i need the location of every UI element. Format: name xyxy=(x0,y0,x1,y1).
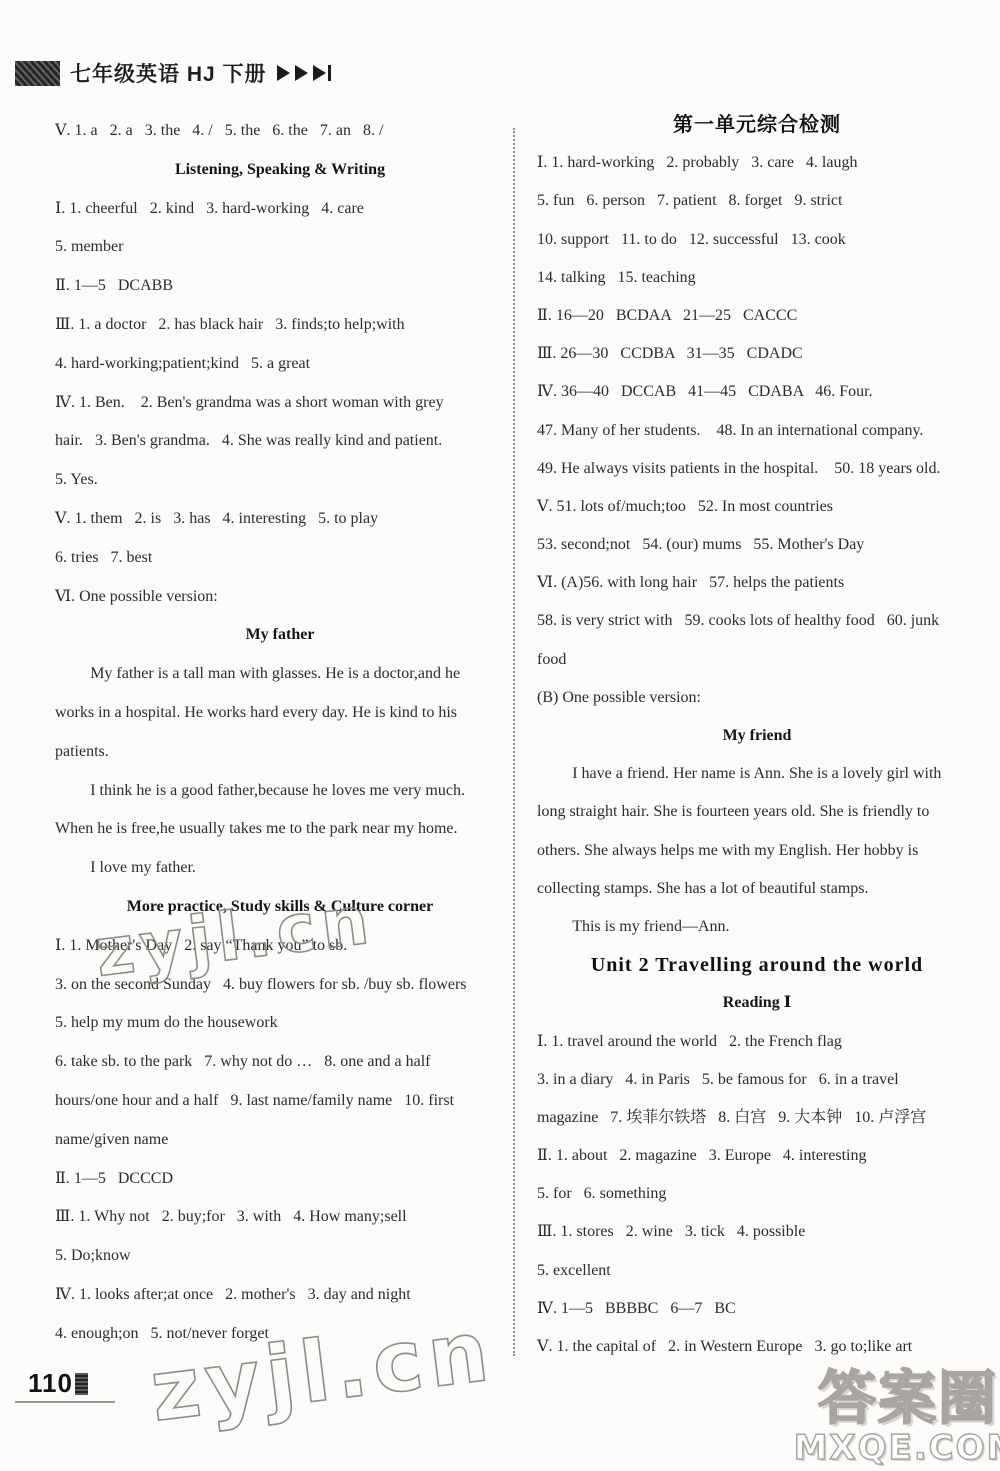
answer-line: Ⅲ. 1. stores 2. wine 3. tick 4. possible xyxy=(537,1213,977,1251)
answer-line: 3. on the second Sunday 4. buy flowers f… xyxy=(55,966,505,1005)
answer-line: I love my father. xyxy=(55,849,505,888)
answer-line: hours/one hour and a half 9. last name/f… xyxy=(55,1082,505,1121)
scanned-workbook-page: 七年级英语 HJ 下册 Ⅴ. 1. a 2. a 3. the 4. / 5. … xyxy=(0,0,1000,1471)
answer-line: Ⅰ. 1. hard-working 2. probably 3. care 4… xyxy=(537,144,977,182)
answer-line: 4. enough;on 5. not/never forget xyxy=(55,1315,505,1354)
left-column: Ⅴ. 1. a 2. a 3. the 4. / 5. the 6. the 7… xyxy=(55,112,505,1354)
answer-line: 58. is very strict with 59. cooks lots o… xyxy=(537,602,977,640)
answer-line: Ⅱ. 16—20 BCDAA 21—25 CACCC xyxy=(537,297,977,335)
watermark-mxqe-domain: MXQE.COM xyxy=(788,1428,1000,1468)
answer-line: Ⅰ. 1. travel around the world 2. the Fre… xyxy=(537,1023,977,1061)
answer-line: 53. second;not 54. (our) mums 55. Mother… xyxy=(537,526,977,564)
answer-line: patients. xyxy=(55,733,505,772)
answer-line: Ⅲ. 1. Why not 2. buy;for 3. with 4. How … xyxy=(55,1198,505,1237)
answer-line: 49. He always visits patients in the hos… xyxy=(537,450,977,488)
column-divider-dotted-line xyxy=(513,128,515,1356)
section-heading: Unit 2 Travelling around the world xyxy=(537,946,977,984)
answer-line: Ⅱ. 1—5 DCCCD xyxy=(55,1160,505,1199)
answer-line: 5. member xyxy=(55,228,505,267)
answer-line: 5. excellent xyxy=(537,1252,977,1290)
answer-line: 4. hard-working;patient;kind 5. a great xyxy=(55,345,505,384)
answer-line: magazine 7. 埃菲尔铁塔 8. 白宫 9. 大本钟 10. 卢浮宫 xyxy=(537,1099,977,1137)
page-number-underline xyxy=(15,1401,115,1403)
answer-line: 14. talking 15. teaching xyxy=(537,259,977,297)
answer-line: My father is a tall man with glasses. He… xyxy=(55,655,505,694)
section-heading: Listening, Speaking & Writing xyxy=(55,151,505,190)
page-number: 110 xyxy=(28,1368,138,1408)
answer-line: Ⅲ. 1. a doctor 2. has black hair 3. find… xyxy=(55,306,505,345)
answer-line: Ⅱ. 1. about 2. magazine 3. Europe 4. int… xyxy=(537,1137,977,1175)
triangle-icon xyxy=(295,65,308,81)
answer-line: long straight hair. She is fourteen year… xyxy=(537,793,977,831)
right-column: 第一单元综合检测Ⅰ. 1. hard-working 2. probably 3… xyxy=(537,106,977,1366)
answer-line: 3. in a diary 4. in Paris 5. be famous f… xyxy=(537,1061,977,1099)
triangle-icon xyxy=(313,65,326,81)
answer-line: food xyxy=(537,641,977,679)
watermark-mxqe: 答案圈 MXQE.COM xyxy=(788,1368,1000,1468)
answer-line: 5. for 6. something xyxy=(537,1175,977,1213)
answer-line: works in a hospital. He works hard every… xyxy=(55,694,505,733)
answer-line: I think he is a good father,because he l… xyxy=(55,772,505,811)
answer-line: Ⅵ. (A)56. with long hair 57. helps the p… xyxy=(537,564,977,602)
answer-line: 6. tries 7. best xyxy=(55,539,505,578)
answer-line: This is my friend—Ann. xyxy=(537,908,977,946)
section-heading: My father xyxy=(55,616,505,655)
answer-line: Ⅳ. 1. looks after;at once 2. mother's 3.… xyxy=(55,1276,505,1315)
fast-forward-icon xyxy=(277,65,331,81)
answer-line: Ⅴ. 51. lots of/much;too 52. In most coun… xyxy=(537,488,977,526)
answer-line: 5. help my mum do the housework xyxy=(55,1004,505,1043)
answer-line: I have a friend. Her name is Ann. She is… xyxy=(537,755,977,793)
answer-line: name/given name xyxy=(55,1121,505,1160)
answer-line: hair. 3. Ben's grandma. 4. She was reall… xyxy=(55,422,505,461)
answer-line: Ⅳ. 1. Ben. 2. Ben's grandma was a short … xyxy=(55,384,505,423)
answer-line: 5. Do;know xyxy=(55,1237,505,1276)
answer-line: Ⅰ. 1. cheerful 2. kind 3. hard-working 4… xyxy=(55,190,505,229)
answer-line: Ⅳ. 1—5 BBBBC 6—7 BC xyxy=(537,1290,977,1328)
publisher-logo-badge xyxy=(15,61,60,86)
answer-line: Ⅴ. 1. a 2. a 3. the 4. / 5. the 6. the 7… xyxy=(55,112,505,151)
section-heading: My friend xyxy=(537,717,977,755)
triangle-icon xyxy=(277,65,290,81)
answer-line: collecting stamps. She has a lot of beau… xyxy=(537,870,977,908)
section-heading: Reading Ⅰ xyxy=(537,984,977,1022)
section-heading: More practice, Study skills & Culture co… xyxy=(55,888,505,927)
answer-line: Ⅰ. 1. Mother's Day 2. say “Thank you” to… xyxy=(55,927,505,966)
answer-line: 5. fun 6. person 7. patient 8. forget 9.… xyxy=(537,182,977,220)
page-number-ink-block xyxy=(75,1373,88,1395)
end-bar-icon xyxy=(328,65,331,81)
answer-line: Ⅱ. 1—5 DCABB xyxy=(55,267,505,306)
answer-line: 5. Yes. xyxy=(55,461,505,500)
answer-line: 47. Many of her students. 48. In an inte… xyxy=(537,412,977,450)
answer-line: Ⅴ. 1. the capital of 2. in Western Europ… xyxy=(537,1328,977,1366)
answer-line: others. She always helps me with my Engl… xyxy=(537,832,977,870)
watermark-mxqe-title: 答案圈 xyxy=(788,1368,1000,1428)
answer-line: Ⅵ. One possible version: xyxy=(55,578,505,617)
page-number-text: 110 xyxy=(28,1368,73,1398)
page-header: 七年级英语 HJ 下册 xyxy=(15,58,331,88)
answer-line: (B) One possible version: xyxy=(537,679,977,717)
answer-line: Ⅲ. 26—30 CCDBA 31—35 CDADC xyxy=(537,335,977,373)
answer-line: When he is free,he usually takes me to t… xyxy=(55,810,505,849)
answer-line: Ⅴ. 1. them 2. is 3. has 4. interesting 5… xyxy=(55,500,505,539)
answer-line: 6. take sb. to the park 7. why not do … … xyxy=(55,1043,505,1082)
answer-line: Ⅳ. 36—40 DCCAB 41—45 CDABA 46. Four. xyxy=(537,373,977,411)
book-title: 七年级英语 HJ 下册 xyxy=(70,58,267,88)
section-heading: 第一单元综合检测 xyxy=(537,106,977,144)
answer-line: 10. support 11. to do 12. successful 13.… xyxy=(537,221,977,259)
